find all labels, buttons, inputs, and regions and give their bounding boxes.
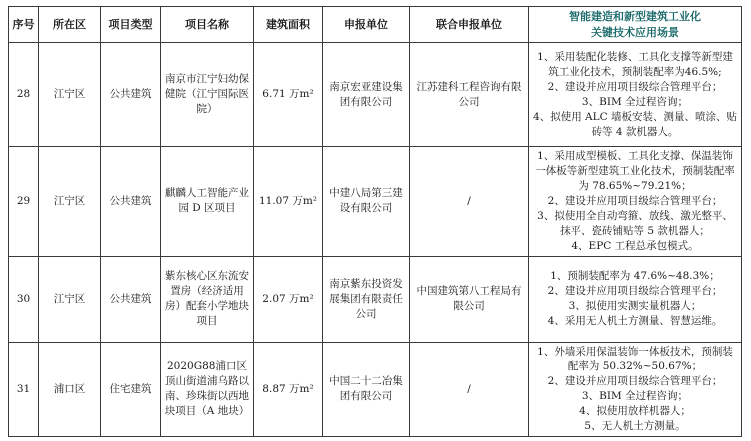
header-building-area: 建筑面积 (254, 7, 323, 43)
cell-project-type: 公共建筑 (101, 147, 161, 256)
cell-key-technology-scenarios: 1、采用装配化装修、工具化支撑等新型建筑工业化技术，预制装配率为46.5%; 2… (529, 43, 742, 147)
cell-joint-applicant-unit: / (410, 342, 529, 436)
cell-key-technology-scenarios: 1、预制装配率为 47.6%~48.3%； 2、建设并应用项目级综合管理平台； … (529, 256, 742, 342)
header-project-type: 项目类型 (101, 7, 161, 43)
header-district: 所在区 (39, 7, 101, 43)
cell-building-area: 11.07 万m² (254, 147, 323, 256)
table-header-row: 序号 所在区 项目类型 项目名称 建筑面积 申报单位 联合申报单位 智能建造和新… (9, 7, 742, 43)
cell-joint-applicant-unit: 中国建筑第八工程局有限公司 (410, 256, 529, 342)
cell-district: 浦口区 (39, 342, 101, 436)
projects-table: 序号 所在区 项目类型 项目名称 建筑面积 申报单位 联合申报单位 智能建造和新… (8, 6, 742, 437)
cell-serial-number: 28 (9, 43, 39, 147)
cell-project-name: 紫东核心区东流安置房（经济适用房）配套小学地块项目 (161, 256, 254, 342)
cell-project-type: 公共建筑 (101, 256, 161, 342)
cell-project-type: 公共建筑 (101, 43, 161, 147)
document-page: 序号 所在区 项目类型 项目名称 建筑面积 申报单位 联合申报单位 智能建造和新… (0, 0, 751, 441)
cell-joint-applicant-unit: / (410, 147, 529, 256)
cell-project-name: 2020G88浦口区顶山街道浦乌路以南、珍珠街以西地块项目（A 地块） (161, 342, 254, 436)
cell-serial-number: 31 (9, 342, 39, 436)
header-applicant-unit: 申报单位 (323, 7, 410, 43)
cell-serial-number: 29 (9, 147, 39, 256)
cell-district: 江宁区 (39, 43, 101, 147)
header-joint-applicant-unit: 联合申报单位 (410, 7, 529, 43)
cell-building-area: 8.87 万m² (254, 342, 323, 436)
cell-project-name: 麒麟人工智能产业园 D 区项目 (161, 147, 254, 256)
cell-serial-number: 30 (9, 256, 39, 342)
cell-building-area: 2.07 万m² (254, 256, 323, 342)
table-row: 28 江宁区 公共建筑 南京市江宁妇幼保健院（江宁国际医院） 6.71 万m² … (9, 43, 742, 147)
cell-joint-applicant-unit: 江苏建科工程咨询有限公司 (410, 43, 529, 147)
table-row: 29 江宁区 公共建筑 麒麟人工智能产业园 D 区项目 11.07 万m² 中建… (9, 147, 742, 256)
table-row: 30 江宁区 公共建筑 紫东核心区东流安置房（经济适用房）配套小学地块项目 2.… (9, 256, 742, 342)
cell-key-technology-scenarios: 1、外墙采用保温装饰一体板技术，预制装配率为 50.32%~50.67%； 2、… (529, 342, 742, 436)
header-serial-number: 序号 (9, 7, 39, 43)
cell-applicant-unit: 中国二十二冶集团有限公司 (323, 342, 410, 436)
cell-district: 江宁区 (39, 147, 101, 256)
cell-project-type: 住宅建筑 (101, 342, 161, 436)
cell-project-name: 南京市江宁妇幼保健院（江宁国际医院） (161, 43, 254, 147)
cell-key-technology-scenarios: 1、采用成型模板、工具化支撑、保温装饰一体板等新型建筑工业化技术，预制装配率为 … (529, 147, 742, 256)
cell-applicant-unit: 中建八局第三建设有限公司 (323, 147, 410, 256)
table-row: 31 浦口区 住宅建筑 2020G88浦口区顶山街道浦乌路以南、珍珠街以西地块项… (9, 342, 742, 436)
cell-applicant-unit: 南京紫东投资发展集团有限责任公司 (323, 256, 410, 342)
cell-applicant-unit: 南京宏亚建设集团有限公司 (323, 43, 410, 147)
header-key-technology-scenarios: 智能建造和新型建筑工业化 关键技术应用场景 (529, 7, 742, 43)
cell-district: 江宁区 (39, 256, 101, 342)
header-project-name: 项目名称 (161, 7, 254, 43)
cell-building-area: 6.71 万m² (254, 43, 323, 147)
